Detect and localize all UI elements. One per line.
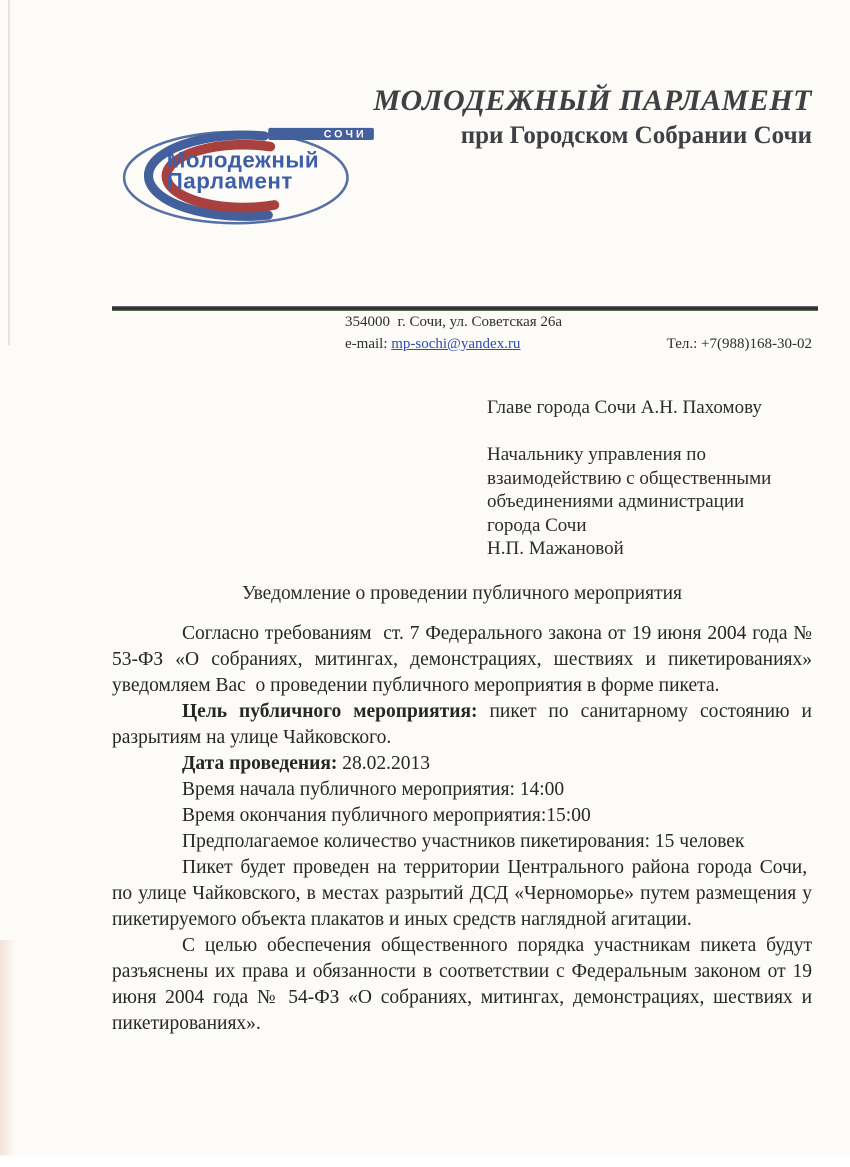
scanned-letter-page: СОЧИ Молодежный Парламент МОЛОДЕЖНЫЙ ПАР… xyxy=(0,0,850,1167)
email-label: e-mail: xyxy=(345,336,391,352)
org-subtitle-heading: при Городском Собрании Сочи xyxy=(292,121,812,151)
scan-edge-strip xyxy=(0,940,15,1155)
recipient-line: Начальнику управления по xyxy=(487,443,797,467)
paragraph-start-time: Время начала публичного мероприятия: 14:… xyxy=(112,777,812,803)
recipient-line: города Сочи xyxy=(487,514,797,538)
org-name-heading: МОЛОДЕЖНЫЙ ПАРЛАМЕНТ xyxy=(292,84,812,118)
date-value: 28.02.2013 xyxy=(337,753,430,774)
paragraph-legal-basis: Согласно требованиям ст. 7 Федерального … xyxy=(112,621,812,699)
recipient-line: Главе города Сочи А.Н. Пахомову xyxy=(487,396,797,420)
recipient-line: взаимодействию с общественными xyxy=(487,467,797,491)
paragraph-location: Пикет будет проведен на территории Центр… xyxy=(112,855,812,933)
document-title: Уведомление о проведении публичного меро… xyxy=(112,583,812,605)
scan-bottom-edge xyxy=(0,1157,850,1167)
recipient-block: Главе города Сочи А.Н. Пахомову Начальни… xyxy=(487,396,797,561)
paragraph-date: Дата проведения: 28.02.2013 xyxy=(112,751,812,777)
letterhead-rule xyxy=(112,306,818,311)
email-link[interactable]: mp-sochi@yandex.ru xyxy=(391,336,520,352)
address-line: 354000 г. Сочи, ул. Советская 26а xyxy=(345,313,812,332)
logo-title-line2: Парламент xyxy=(167,169,293,194)
contact-block: 354000 г. Сочи, ул. Советская 26а e-mail… xyxy=(345,313,812,354)
paragraph-rights: С целью обеспечения общественного порядк… xyxy=(112,933,812,1037)
email-line: e-mail: mp-sochi@yandex.ru xyxy=(345,335,520,354)
paragraph-purpose: Цель публичного мероприятия: пикет по са… xyxy=(112,699,812,751)
recipient-line: Н.П. Мажановой xyxy=(487,537,797,561)
scan-edge-line xyxy=(8,0,10,345)
phone-number: Тел.: +7(988)168-30-02 xyxy=(667,335,812,354)
recipient-line: объединениями администрации xyxy=(487,490,797,514)
paragraph-end-time: Время окончания публичного мероприятия:1… xyxy=(112,803,812,829)
date-label: Дата проведения: xyxy=(182,753,337,774)
letterhead: МОЛОДЕЖНЫЙ ПАРЛАМЕНТ при Городском Собра… xyxy=(292,84,812,151)
recipient-line xyxy=(487,420,797,444)
letter-body: Согласно требованиям ст. 7 Федерального … xyxy=(112,621,812,1037)
purpose-label: Цель публичного мероприятия: xyxy=(182,701,478,722)
paragraph-participants: Предполагаемое количество участников пик… xyxy=(112,829,812,855)
